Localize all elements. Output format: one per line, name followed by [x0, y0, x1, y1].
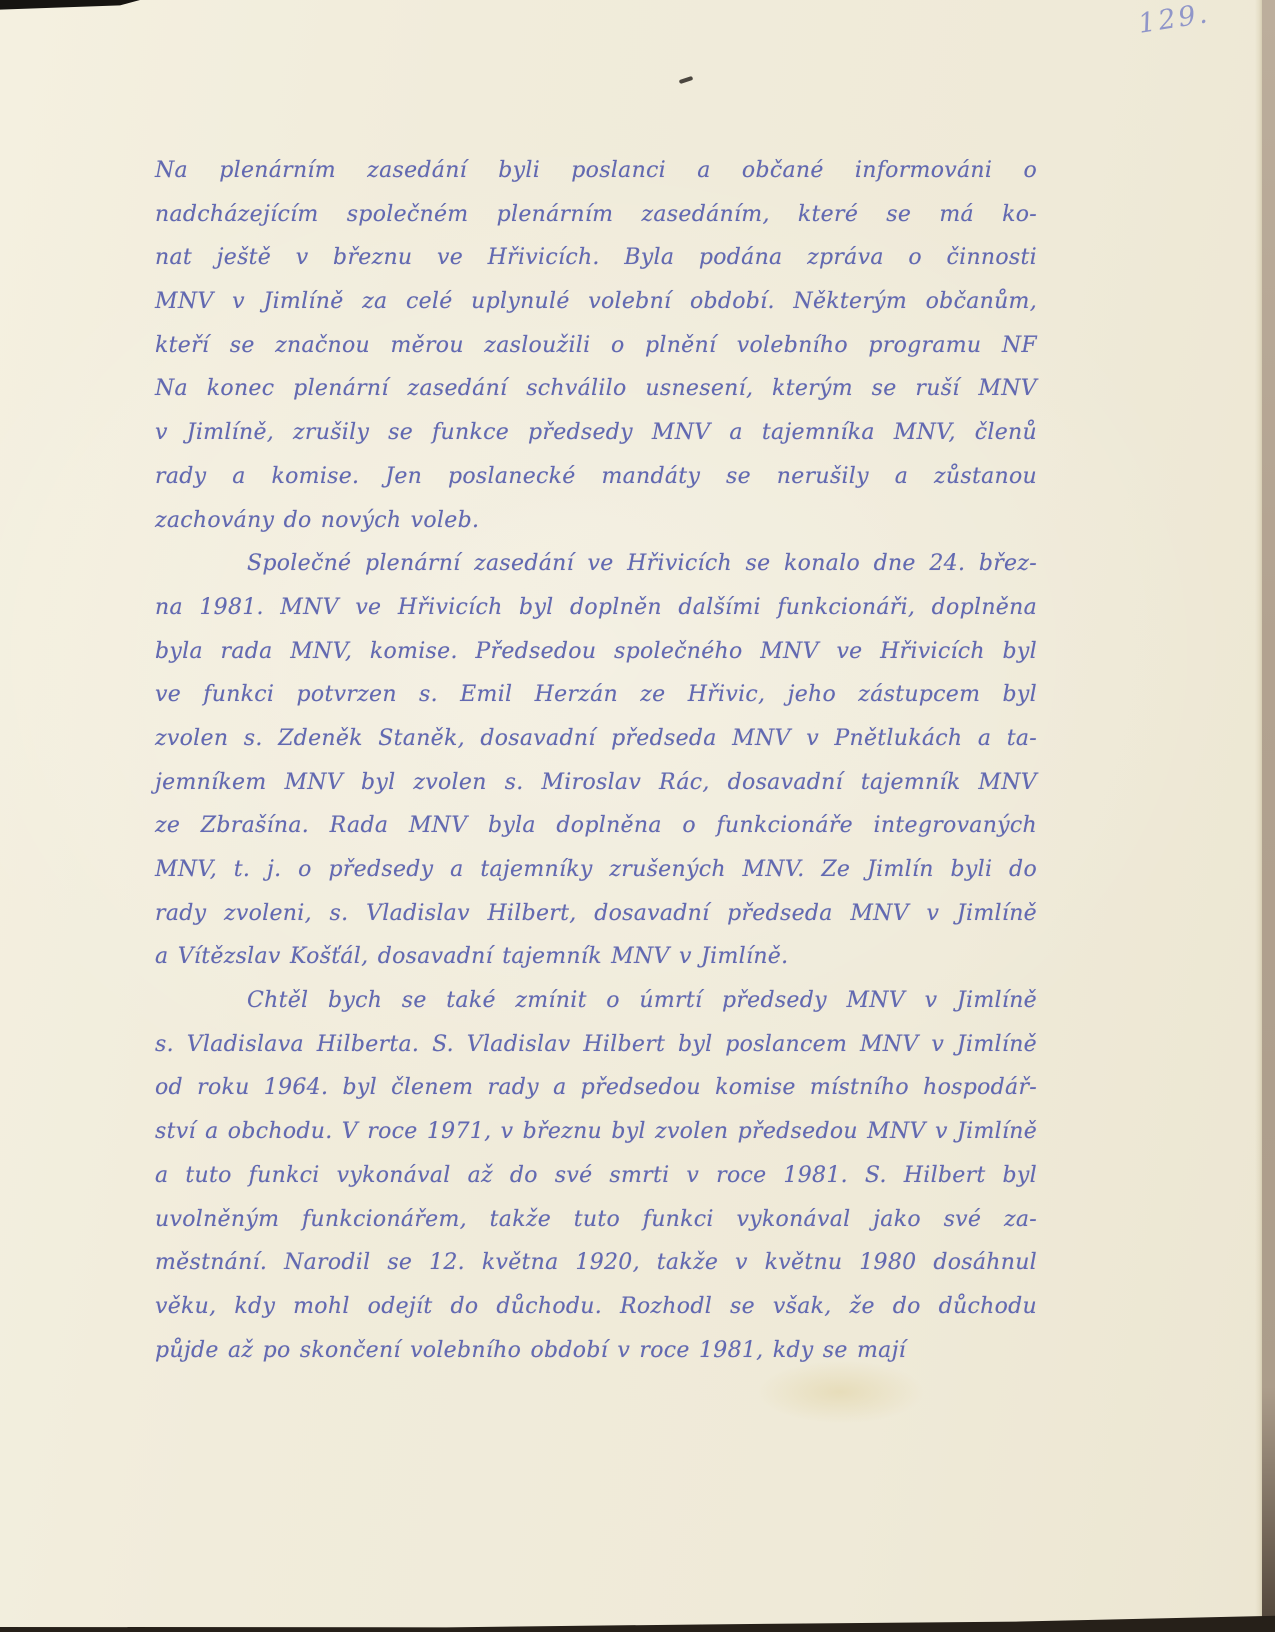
handwritten-line: nat ještě v březnu ve Hřivicích. Byla po…	[155, 236, 1037, 280]
book-page-edge	[1262, 0, 1275, 1632]
handwritten-line: věku, kdy mohl odejít do důchodu. Rozhod…	[155, 1285, 1037, 1329]
handwritten-line: zvolen s. Zdeněk Staněk, dosavadní předs…	[155, 717, 1037, 761]
handwritten-line: ve funkci potvrzen s. Emil Herzán ze Hři…	[155, 673, 1037, 717]
handwritten-line: ze Zbrašína. Rada MNV byla doplněna o fu…	[155, 804, 1037, 848]
handwritten-line: nadcházejícím společném plenárním zasedá…	[155, 193, 1037, 237]
handwritten-line: v Jimlíně, zrušily se funkce předsedy MN…	[155, 411, 1037, 455]
chronicle-page: 129. Na plenárním zasedání byli poslanci…	[0, 0, 1275, 1632]
handwritten-line: a tuto funkci vykonával až do své smrti …	[155, 1154, 1037, 1198]
handwritten-line: jemníkem MNV byl zvolen s. Miroslav Rác,…	[155, 761, 1037, 805]
handwritten-line: rady a komise. Jen poslanecké mandáty se…	[155, 455, 1037, 499]
handwritten-line: uvolněným funkcionářem, takže tuto funkc…	[155, 1198, 1037, 1242]
handwritten-line: ství a obchodu. V roce 1971, v březnu by…	[155, 1110, 1037, 1154]
handwritten-line: Společné plenární zasedání ve Hřivicích …	[155, 542, 1037, 586]
handwritten-line: a Vítězslav Košťál, dosavadní tajemník M…	[155, 935, 1037, 979]
handwritten-line: Na konec plenární zasedání schválilo usn…	[155, 367, 1037, 411]
handwritten-line: Na plenárním zasedání byli poslanci a ob…	[155, 149, 1037, 193]
ink-mark	[679, 76, 694, 84]
scan-border-bottom	[0, 1614, 1275, 1632]
handwritten-line: Chtěl bych se také zmínit o úmrtí předse…	[155, 979, 1037, 1023]
handwritten-line: MNV v Jimlíně za celé uplynulé volební o…	[155, 280, 1037, 324]
handwritten-line: na 1981. MNV ve Hřivicích byl doplněn da…	[155, 586, 1037, 630]
handwritten-line: byla rada MNV, komise. Předsedou společn…	[155, 630, 1037, 674]
handwritten-text-block: Na plenárním zasedání byli poslanci a ob…	[155, 149, 1037, 1372]
page-edge-highlight	[1255, 0, 1262, 1632]
handwritten-line: od roku 1964. byl členem rady a předsedo…	[155, 1066, 1037, 1110]
handwritten-line: kteří se značnou měrou zasloužili o plně…	[155, 324, 1037, 368]
handwritten-line: půjde až po skončení volebního období v …	[155, 1329, 1037, 1373]
handwritten-line: zachovány do nových voleb.	[155, 499, 1037, 543]
scan-border-top-left	[0, 0, 150, 12]
handwritten-line: s. Vladislava Hilberta. S. Vladislav Hil…	[155, 1023, 1037, 1067]
page-number: 129.	[1136, 0, 1230, 40]
handwritten-line: MNV, t. j. o předsedy a tajemníky zrušen…	[155, 848, 1037, 892]
handwritten-line: městnání. Narodil se 12. května 1920, ta…	[155, 1241, 1037, 1285]
handwritten-line: rady zvoleni, s. Vladislav Hilbert, dosa…	[155, 892, 1037, 936]
